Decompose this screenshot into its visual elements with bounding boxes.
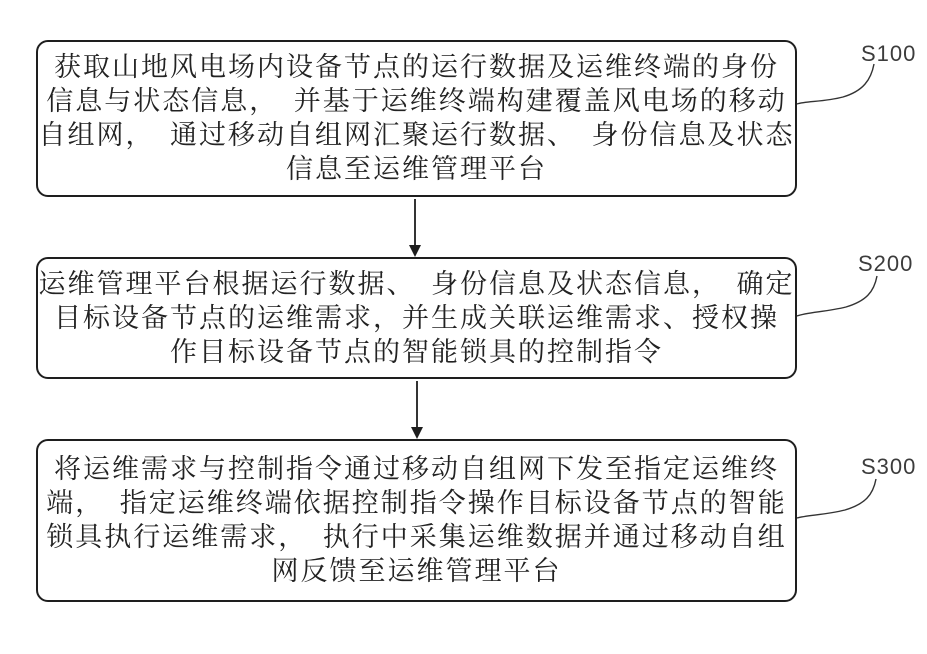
step-box-s100: 获取山地风电场内设备节点的运行数据及运维终端的身份 信息与状态信息， 并基于运维… xyxy=(36,40,797,197)
step-box-s300: 将运维需求与控制指令通过移动自组网下发至指定运维终 端， 指定运维终端依据控制指… xyxy=(36,439,797,602)
step-text-line: 网反馈至运维管理平台 xyxy=(38,554,795,588)
step-text-line: 信息与状态信息， 并基于运维终端构建覆盖风电场的移动 xyxy=(38,84,795,118)
flow-arrow-step2-to-step3-icon xyxy=(411,381,423,439)
step-text-line: 获取山地风电场内设备节点的运行数据及运维终端的身份 xyxy=(38,50,795,84)
step-label-s200: S200 xyxy=(858,251,913,277)
step-text-line: 信息至运维管理平台 xyxy=(38,152,795,186)
step-box-s200: 运维管理平台根据运行数据、 身份信息及状态信息， 确定 目标设备节点的运维需求，… xyxy=(36,257,797,379)
step-text-line: 自组网， 通过移动自组网汇聚运行数据、 身份信息及状态 xyxy=(38,118,795,152)
patent-flowchart-figure: 获取山地风电场内设备节点的运行数据及运维终端的身份 信息与状态信息， 并基于运维… xyxy=(0,0,927,654)
leader-line-s300 xyxy=(797,479,876,518)
step-text-line: 将运维需求与控制指令通过移动自组网下发至指定运维终 xyxy=(38,452,795,486)
step-text-line: 目标设备节点的运维需求，并生成关联运维需求、授权操 xyxy=(38,301,795,335)
leader-line-s100 xyxy=(797,64,874,104)
step-text-line: 运维管理平台根据运行数据、 身份信息及状态信息， 确定 xyxy=(38,267,795,301)
step-label-s300: S300 xyxy=(861,454,916,480)
step-text-line: 端， 指定运维终端依据控制指令操作目标设备节点的智能 xyxy=(38,486,795,520)
flow-arrow-step1-to-step2-icon xyxy=(409,199,421,257)
step-text-line: 锁具执行运维需求， 执行中采集运维数据并通过移动自组 xyxy=(38,520,795,554)
step-label-s100: S100 xyxy=(861,41,916,67)
step-text-line: 作目标设备节点的智能锁具的控制指令 xyxy=(38,335,795,369)
leader-line-s200 xyxy=(797,276,877,316)
